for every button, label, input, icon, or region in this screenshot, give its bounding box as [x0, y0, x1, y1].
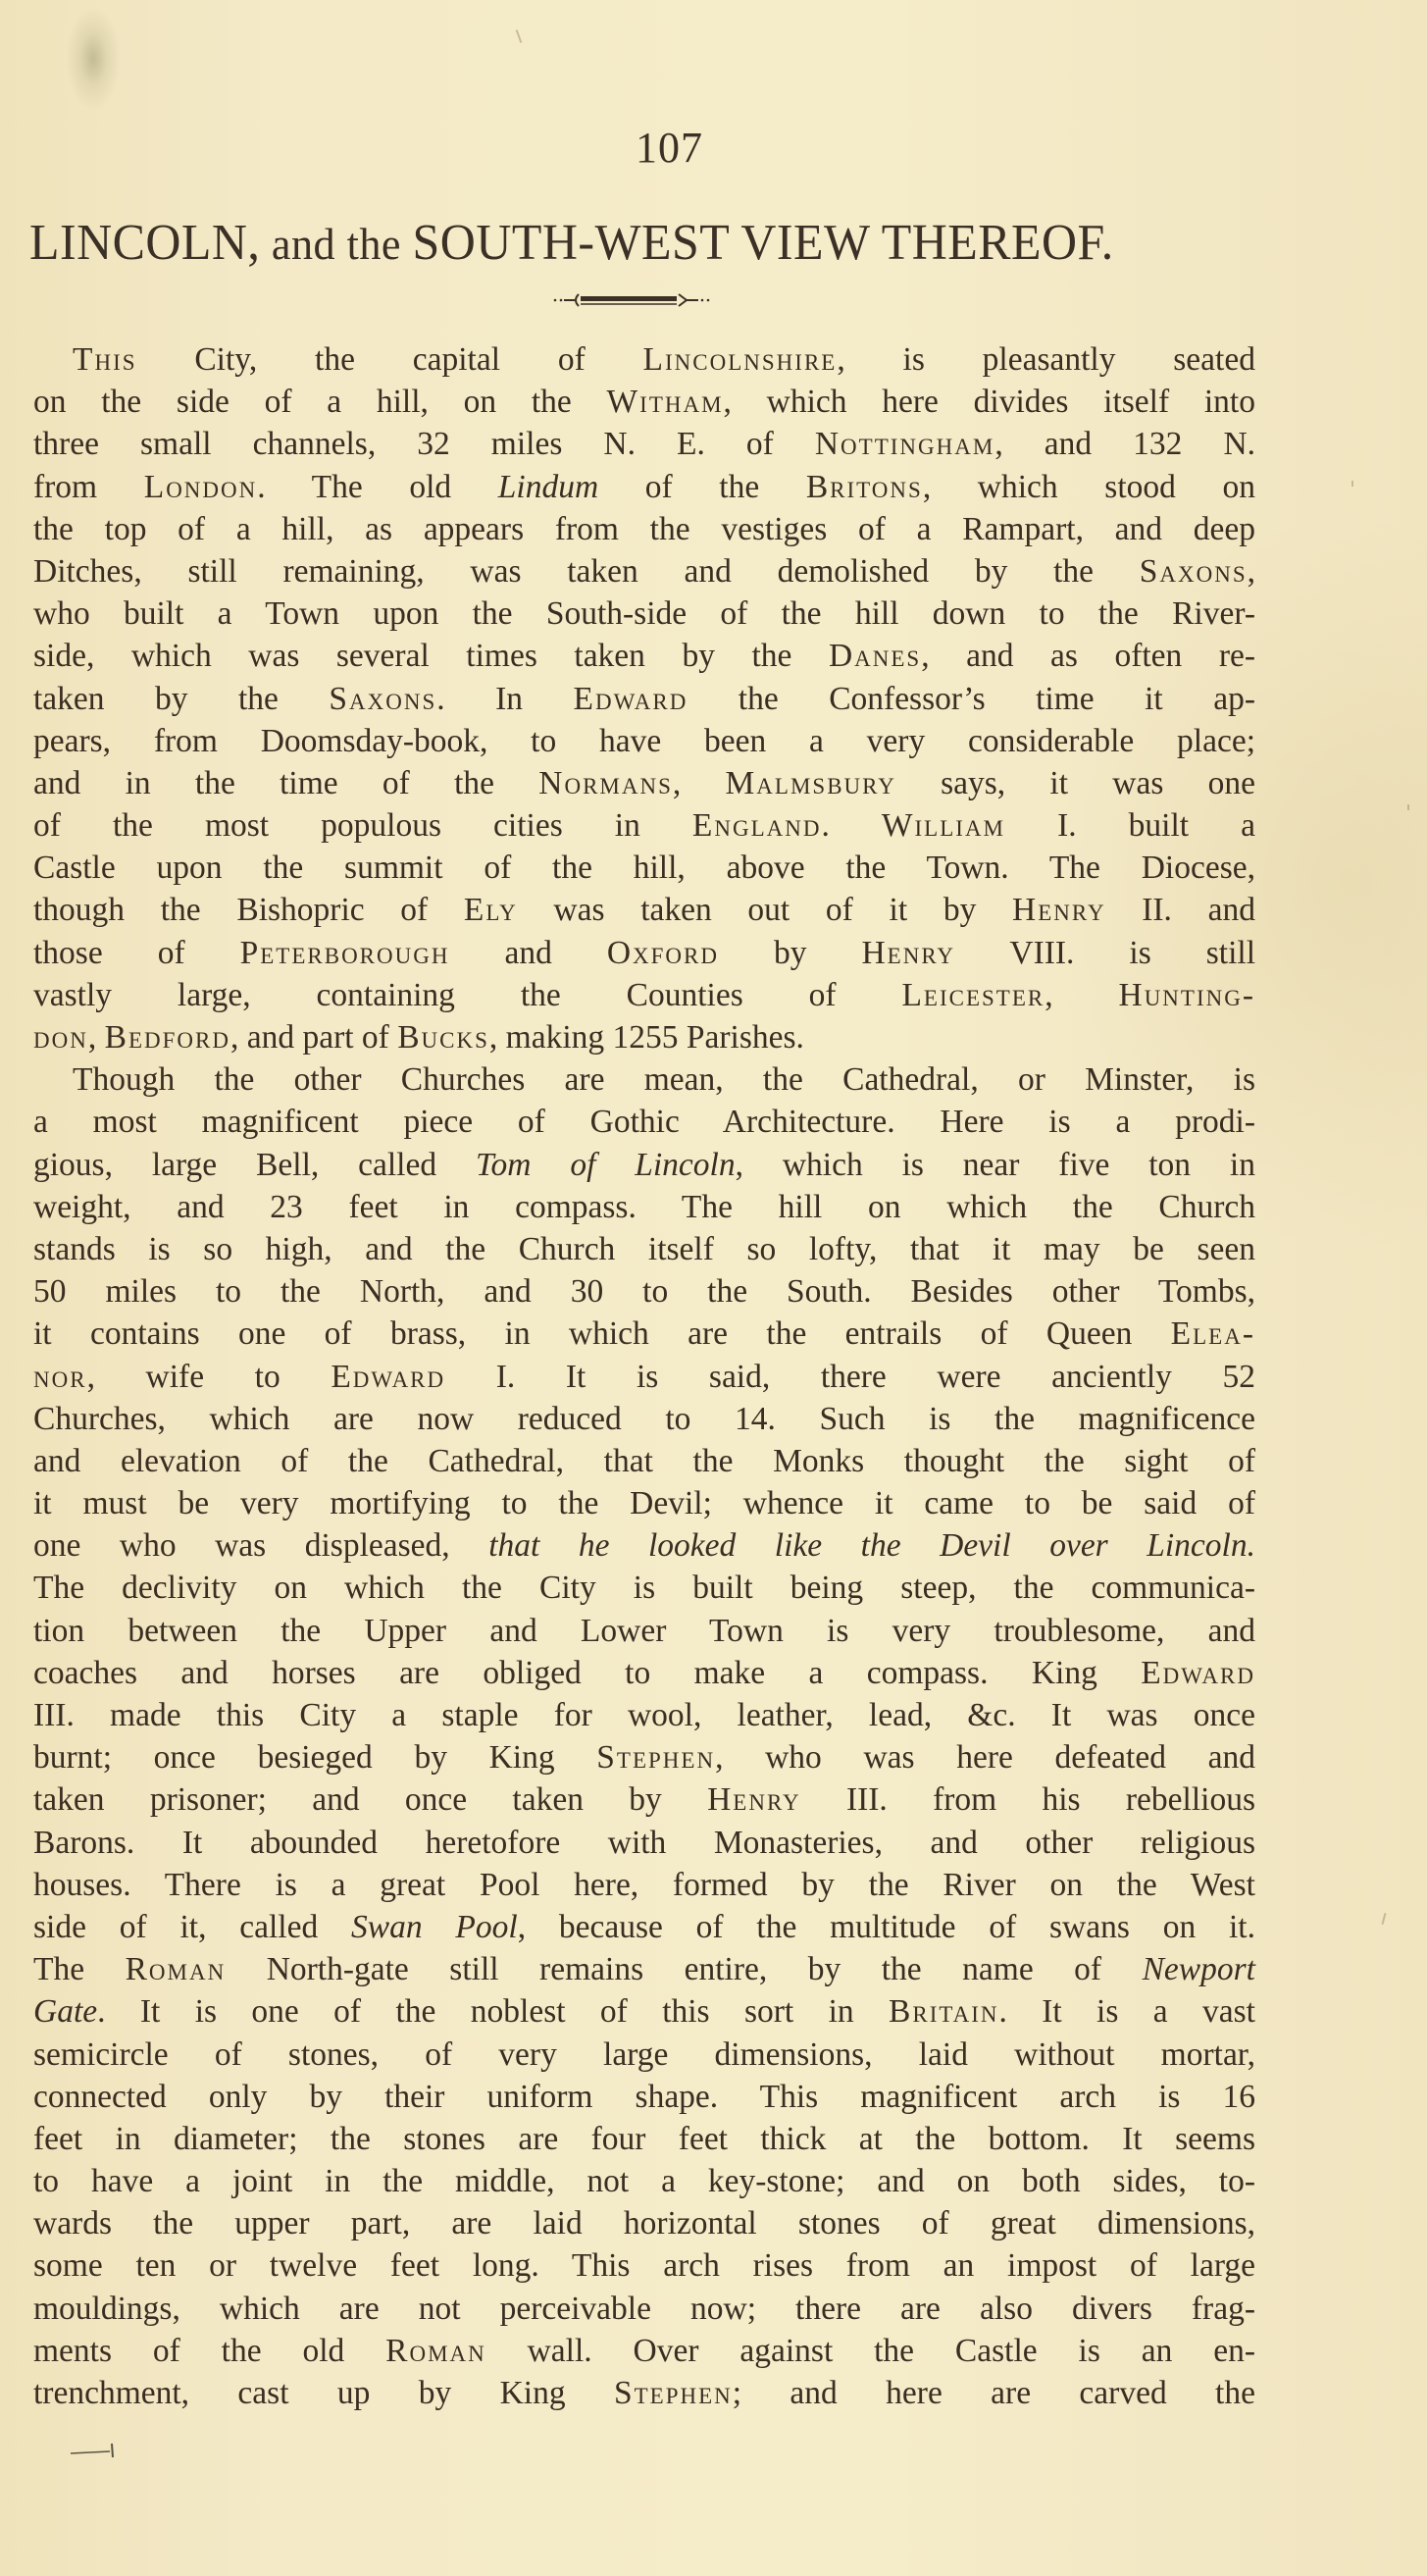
- text-run: pears, from Doomsday-book, to have been …: [33, 723, 1255, 759]
- text-line: connected only by their uniform shape. T…: [33, 2076, 1255, 2118]
- text-line: 50 miles to the North, and 30 to the Sou…: [33, 1270, 1255, 1313]
- text-line: tion between the Upper and Lower Town is…: [33, 1610, 1255, 1652]
- text-run: of the most populous cities in: [33, 807, 692, 844]
- text-line: Castle upon the summit of the hill, abov…: [33, 847, 1255, 889]
- text-run: . It is one of the noblest of this sort …: [97, 1993, 889, 2030]
- text-run: ,: [88, 1019, 105, 1056]
- small-caps-name: Saxons: [1140, 553, 1248, 590]
- small-caps-name: Henry: [707, 1781, 801, 1818]
- text-run: Castle upon the summit of the hill, abov…: [33, 850, 1255, 886]
- small-caps-name: Henry: [861, 935, 955, 971]
- text-run: semicircle of stones, of very large dime…: [33, 2036, 1255, 2073]
- text-run: ,: [1248, 553, 1255, 590]
- text-run: Though the other Churches are mean, the …: [73, 1061, 1255, 1098]
- text-run: City, the capital of: [137, 341, 643, 378]
- text-run: . The old: [257, 469, 498, 505]
- text-run: side of it, called: [33, 1909, 351, 1945]
- small-caps-name: Bedford: [105, 1019, 230, 1056]
- text-run: vastly large, containing the Counties of: [33, 977, 901, 1013]
- text-run: and elevation of the Cathedral, that the…: [33, 1443, 1255, 1479]
- text-run: says, it was one: [896, 765, 1255, 801]
- text-run: .: [821, 807, 881, 844]
- text-run: one who was displeased,: [33, 1527, 488, 1564]
- text-run: ,: [673, 765, 726, 801]
- text-line: don, Bedford, and part of Bucks, making …: [33, 1016, 1255, 1058]
- text-line: three small channels, 32 miles N. E. of …: [33, 423, 1255, 465]
- text-line: burnt; once besieged by King Stephen, wh…: [33, 1736, 1255, 1778]
- small-caps-name: Lincolnshire: [643, 341, 838, 378]
- text-run: Ditches, still remaining, was taken and …: [33, 553, 1140, 590]
- page-number: 107: [0, 123, 1383, 173]
- text-line: of the most populous cities in England. …: [33, 804, 1255, 847]
- text-line: the top of a hill, as appears from the v…: [33, 508, 1255, 550]
- text-run: , which here divides itself into: [724, 384, 1255, 420]
- small-caps-name: Britons: [806, 469, 923, 505]
- text-run: ments of the old: [33, 2333, 385, 2369]
- text-line: mouldings, which are not perceivable now…: [33, 2288, 1255, 2330]
- text-line: vastly large, containing the Counties of…: [33, 974, 1255, 1016]
- small-caps-name: Edward: [1141, 1655, 1255, 1691]
- text-line: weight, and 23 feet in compass. The hill…: [33, 1186, 1255, 1228]
- small-caps-name: Oxford: [607, 935, 719, 971]
- text-run: , which stood on: [923, 469, 1255, 505]
- text-line: and in the time of the Normans, Malmsbur…: [33, 762, 1255, 804]
- text-run: mouldings, which are not perceivable now…: [33, 2291, 1255, 2327]
- text-run: gious, large Bell, called: [33, 1147, 476, 1183]
- small-caps-name: Edward: [331, 1359, 445, 1395]
- title-connector: and the: [260, 219, 412, 269]
- text-line: ments of the old Roman wall. Over agains…: [33, 2330, 1255, 2372]
- text-run: III. made this City a staple for wool, l…: [33, 1697, 1255, 1733]
- small-caps-name: This: [73, 341, 137, 378]
- text-line: Though the other Churches are mean, the …: [33, 1058, 1255, 1101]
- text-run: three small channels, 32 miles N. E. of: [33, 426, 815, 462]
- title-view: SOUTH-WEST VIEW THEREOF.: [413, 215, 1114, 271]
- small-caps-name: Nottingham: [815, 426, 994, 462]
- text-line: Churches, which are now reduced to 14. S…: [33, 1398, 1255, 1440]
- text-run: the Confessor’s time it ap-: [688, 681, 1255, 717]
- text-run: wards the upper part, are laid horizonta…: [33, 2205, 1255, 2241]
- small-caps-name: Britain: [889, 1993, 998, 2030]
- text-line: those of Peterborough and Oxford by Henr…: [33, 932, 1255, 974]
- small-caps-name: Elea-: [1171, 1315, 1255, 1352]
- ornament-rule-icon: [549, 292, 716, 308]
- text-run: a most magnificent piece of Gothic Archi…: [33, 1104, 1255, 1140]
- text-line: semicircle of stones, of very large dime…: [33, 2034, 1255, 2076]
- text-line: it must be very mortifying to the Devil;…: [33, 1482, 1255, 1524]
- text-run: connected only by their uniform shape. T…: [33, 2079, 1255, 2115]
- text-run: and in the time of the: [33, 765, 538, 801]
- margin-speck: [1407, 804, 1409, 810]
- text-run: Churches, which are now reduced to 14. S…: [33, 1401, 1255, 1437]
- italic-phrase: Swan Pool: [351, 1909, 518, 1945]
- text-run: VIII. is still: [955, 935, 1255, 971]
- text-line: on the side of a hill, on the Witham, wh…: [33, 381, 1255, 423]
- text-line: a most magnificent piece of Gothic Archi…: [33, 1101, 1255, 1143]
- text-run: the top of a hill, as appears from the v…: [33, 511, 1255, 547]
- text-run: . In: [436, 681, 573, 717]
- small-caps-name: Henry: [1012, 892, 1106, 928]
- text-line: it contains one of brass, in which are t…: [33, 1313, 1255, 1355]
- text-run: . It is a vast: [998, 1993, 1255, 2030]
- text-run: some ten or twelve feet long. This arch …: [33, 2247, 1255, 2284]
- text-run: by: [719, 935, 861, 971]
- text-run: was taken out of it by: [518, 892, 1012, 928]
- text-run: , and 132 N.: [994, 426, 1255, 462]
- text-line: some ten or twelve feet long. This arch …: [33, 2244, 1255, 2287]
- text-run: to have a joint in the middle, not a key…: [33, 2163, 1255, 2199]
- small-caps-name: Stephen: [596, 1739, 715, 1776]
- small-caps-name: Peterborough: [240, 935, 450, 971]
- text-run: I. It is said, there were anciently 52: [445, 1359, 1255, 1395]
- text-run: from: [33, 469, 144, 505]
- text-run: taken prisoner; and once taken by: [33, 1781, 707, 1818]
- small-caps-name: Ely: [464, 892, 518, 928]
- text-line: Barons. It abounded heretofore with Mona…: [33, 1822, 1255, 1864]
- text-run: burnt; once besieged by King: [33, 1739, 596, 1776]
- text-line: trenchment, cast up by King Stephen; and…: [33, 2372, 1255, 2414]
- text-line: wards the upper part, are laid horizonta…: [33, 2202, 1255, 2244]
- text-run: , wife to: [87, 1359, 331, 1395]
- text-run: II. and: [1106, 892, 1255, 928]
- text-line: Gate. It is one of the noblest of this s…: [33, 1990, 1255, 2033]
- text-run: who built a Town upon the South-side of …: [33, 595, 1255, 632]
- small-caps-name: Normans: [538, 765, 673, 801]
- text-line: nor, wife to Edward I. It is said, there…: [33, 1356, 1255, 1398]
- title-lincoln: LINCOLN,: [29, 215, 260, 271]
- text-run: stands is so high, and the Church itself…: [33, 1231, 1255, 1267]
- text-run: , which is near five ton in: [736, 1147, 1255, 1183]
- margin-speck: [1381, 1913, 1386, 1925]
- small-caps-name: Saxons: [329, 681, 436, 717]
- text-line: The Roman North-gate still remains entir…: [33, 1948, 1255, 1990]
- text-run: , and part of: [230, 1019, 397, 1056]
- text-run: ; and here are carved the: [733, 2375, 1255, 2411]
- italic-phrase: Lindum: [498, 469, 598, 505]
- text-line: coaches and horses are obliged to make a…: [33, 1652, 1255, 1694]
- small-caps-name: Roman: [385, 2333, 486, 2369]
- text-run: I. built a: [1005, 807, 1255, 844]
- text-run: trenchment, cast up by King: [33, 2375, 614, 2411]
- text-run: those of: [33, 935, 240, 971]
- italic-phrase: Gate: [33, 1993, 97, 2030]
- small-caps-name: Bucks: [397, 1019, 489, 1056]
- text-run: weight, and 23 feet in compass. The hill…: [33, 1189, 1255, 1225]
- text-run: wall. Over against the Castle is an en-: [486, 2333, 1255, 2369]
- small-caps-name: Malmsbury: [726, 765, 896, 801]
- small-caps-name: Roman: [126, 1951, 227, 1987]
- text-line: one who was displeased, that he looked l…: [33, 1524, 1255, 1567]
- text-run: it must be very mortifying to the Devil;…: [33, 1485, 1255, 1521]
- text-line: houses. There is a great Pool here, form…: [33, 1864, 1255, 1906]
- text-run: , who was here defeated and: [715, 1739, 1255, 1776]
- small-caps-name: nor: [33, 1359, 87, 1395]
- text-line: taken by the Saxons. In Edward the Confe…: [33, 678, 1255, 720]
- small-caps-name: Danes: [829, 638, 921, 674]
- small-caps-name: don: [33, 1019, 88, 1056]
- text-line: The declivity on which the City is built…: [33, 1567, 1255, 1609]
- text-line: This City, the capital of Lincolnshire, …: [33, 338, 1255, 381]
- text-line: and elevation of the Cathedral, that the…: [33, 1440, 1255, 1482]
- text-run: tion between the Upper and Lower Town is…: [33, 1613, 1255, 1649]
- text-run: side, which was several times taken by t…: [33, 638, 829, 674]
- small-caps-name: William: [882, 807, 1005, 844]
- italic-phrase: Newport: [1143, 1951, 1255, 1987]
- text-run: though the Bishopric of: [33, 892, 464, 928]
- text-run: Barons. It abounded heretofore with Mona…: [33, 1825, 1255, 1861]
- text-run: III. from his rebellious: [801, 1781, 1255, 1818]
- text-line: III. made this City a staple for wool, l…: [33, 1694, 1255, 1736]
- text-line: Ditches, still remaining, was taken and …: [33, 550, 1255, 592]
- text-run: taken by the: [33, 681, 329, 717]
- small-caps-name: Stephen: [614, 2375, 733, 2411]
- text-line: taken prisoner; and once taken by Henry …: [33, 1778, 1255, 1821]
- printer-mark-icon: [69, 2441, 120, 2460]
- small-caps-name: Edward: [574, 681, 688, 717]
- text-run: 50 miles to the North, and 30 to the Sou…: [33, 1273, 1255, 1310]
- text-run: North-gate still remains entire, by the …: [226, 1951, 1142, 1987]
- text-run: feet in diameter; the stones are four fe…: [33, 2121, 1255, 2157]
- text-run: The: [33, 1951, 126, 1987]
- italic-phrase: Tom of Lincoln: [476, 1147, 736, 1183]
- small-caps-name: Witham: [607, 384, 724, 420]
- margin-speck: [516, 29, 523, 43]
- page-title: LINCOLN, and the SOUTH-WEST VIEW THEREOF…: [29, 214, 1114, 272]
- small-caps-name: Leicester: [901, 977, 1045, 1013]
- margin-speck: [1351, 481, 1353, 487]
- text-line: side of it, called Swan Pool, because of…: [33, 1906, 1255, 1948]
- text-run: coaches and horses are obliged to make a…: [33, 1655, 1141, 1691]
- text-line: from London. The old Lindum of the Brito…: [33, 466, 1255, 508]
- small-caps-name: London: [144, 469, 258, 505]
- text-line: though the Bishopric of Ely was taken ou…: [33, 889, 1255, 931]
- text-run: , and as often re-: [921, 638, 1255, 674]
- text-line: who built a Town upon the South-side of …: [33, 592, 1255, 635]
- text-run: it contains one of brass, in which are t…: [33, 1315, 1171, 1352]
- text-line: pears, from Doomsday-book, to have been …: [33, 720, 1255, 762]
- small-caps-name: Hunting-: [1119, 977, 1256, 1013]
- text-run: , because of the multitude of swans on i…: [518, 1909, 1255, 1945]
- text-run: , making 1255 Parishes.: [489, 1019, 804, 1056]
- text-run: ,: [1045, 977, 1118, 1013]
- italic-phrase: that he looked like the Devil over Linco…: [488, 1527, 1255, 1564]
- body-text: This City, the capital of Lincolnshire, …: [33, 338, 1255, 2414]
- text-line: feet in diameter; the stones are four fe…: [33, 2118, 1255, 2160]
- text-line: to have a joint in the middle, not a key…: [33, 2160, 1255, 2202]
- text-run: houses. There is a great Pool here, form…: [33, 1867, 1255, 1903]
- text-run: , is pleasantly seated: [837, 341, 1255, 378]
- text-run: on the side of a hill, on the: [33, 384, 607, 420]
- text-line: gious, large Bell, called Tom of Lincoln…: [33, 1144, 1255, 1186]
- text-line: side, which was several times taken by t…: [33, 635, 1255, 677]
- text-line: stands is so high, and the Church itself…: [33, 1228, 1255, 1270]
- small-caps-name: England: [692, 807, 822, 844]
- text-run: and: [449, 935, 606, 971]
- text-run: of the: [598, 469, 806, 505]
- text-run: The declivity on which the City is built…: [33, 1570, 1255, 1606]
